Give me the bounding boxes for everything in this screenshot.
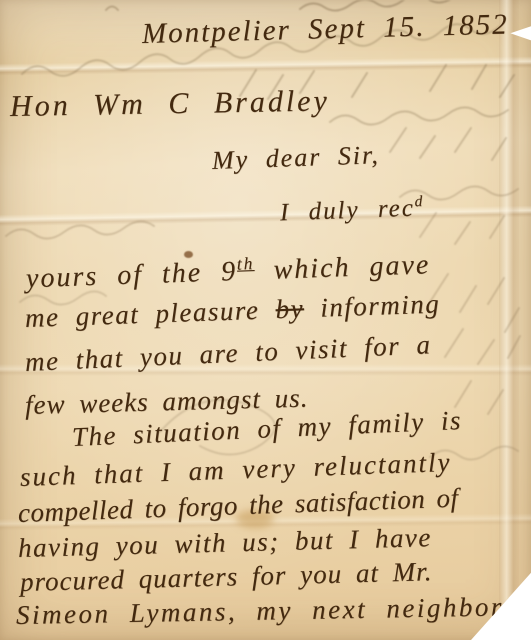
salutation-line: My dear Sir,	[211, 140, 380, 176]
vertical-fold	[499, 0, 519, 640]
body-line-2-struck-word: by	[275, 293, 305, 324]
letter-paper: Montpelier Sept 15. 1852 Hon Wm C Bradle…	[0, 0, 531, 640]
body-line-2: me great pleasure by informing	[24, 289, 440, 334]
opening-text: I duly rec	[280, 195, 416, 227]
body-line-3: me that you are to visit for a	[24, 329, 432, 378]
letter-photo: Montpelier Sept 15. 1852 Hon Wm C Bradle…	[0, 0, 531, 640]
body-line-1-pre: yours of the 9	[25, 256, 237, 294]
body-line-1-superscript: th	[237, 254, 255, 274]
body-line-2-post: informing	[303, 289, 440, 324]
body-line-1-post: which gave	[254, 249, 431, 286]
dateline: Montpelier Sept 15. 1852	[142, 8, 510, 51]
body-line-10: Simeon Lymans, my next neighbor	[16, 591, 504, 631]
body-line-2-pre: me great pleasure	[24, 294, 276, 333]
fold-crease	[0, 205, 531, 227]
body-line-1: yours of the 9th which gave	[25, 248, 430, 295]
opening-line: I duly recd	[279, 193, 425, 227]
body-line-9: procured quarters for you at Mr.	[20, 556, 433, 598]
recipient-line: Hon Wm C Bradley	[10, 84, 330, 124]
opening-superscript: d	[414, 193, 424, 210]
fold-crease	[0, 56, 531, 76]
